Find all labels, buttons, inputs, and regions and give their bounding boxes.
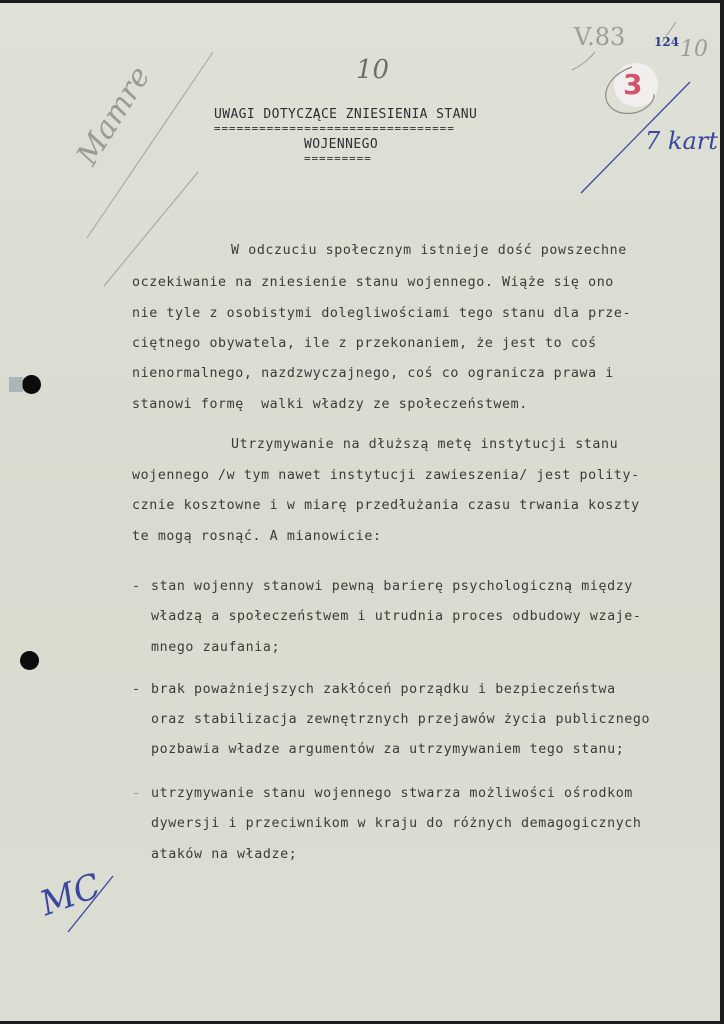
text-line: ciętnego obywatela, ile z przekonaniem, … [132, 336, 597, 351]
text-line: oczekiwanie na zniesienie stanu wojenneg… [132, 275, 614, 290]
bullet-marker: - [132, 579, 141, 594]
punch-hole-lower [20, 651, 39, 670]
text-line: ataków na władze; [151, 847, 297, 862]
document-title-line2: WOJENNEGO [304, 137, 378, 152]
stamp-number: 3 [623, 68, 642, 101]
text-line: brak poważniejszych zakłóceń porządku i … [151, 682, 616, 697]
text-line: cznie kosztowne i w miarę przedłużania c… [132, 498, 640, 513]
pencil-signature: Mamre [70, 60, 158, 171]
text-line: mnego zaufania; [151, 640, 280, 655]
document-title-line1: UWAGI DOTYCZĄCE ZNIESIENIA STANU [214, 107, 477, 122]
text-line: władzą a społeczeństwem i utrudnia proce… [151, 609, 642, 624]
blue-folio-number: 124 [654, 35, 679, 49]
blue-page-count-note: 7 kart [645, 127, 718, 155]
document-page: 10 UWAGI DOTYCZĄCE ZNIESIENIA STANU ====… [0, 3, 720, 1021]
red-stamp: 3 [614, 63, 658, 107]
title-underline-1: ================================ [214, 122, 455, 135]
bullet-marker: - [132, 786, 141, 801]
text-line: stan wojenny stanowi pewną barierę psych… [151, 579, 633, 594]
text-line: te mogą rosnąć. A mianowicie: [132, 529, 382, 544]
text-line: pozbawia władze argumentów za utrzymywan… [151, 742, 624, 757]
blue-initials: MC [35, 866, 106, 924]
text-line: W odczuciu społecznym istnieje dość pows… [231, 243, 627, 258]
handwritten-page-number: 10 [356, 55, 389, 85]
text-line: stanowi formę walki władzy ze społeczeńs… [132, 397, 528, 412]
pencil-archive-mark: V.83 [574, 23, 625, 51]
punch-hole-upper [22, 375, 41, 394]
pencil-folio-number: 10 [680, 37, 708, 62]
tape-mark [9, 377, 23, 392]
text-line: nie tyle z osobistymi dolegliwościami te… [132, 306, 631, 321]
text-line: oraz stabilizacja zewnętrznych przejawów… [151, 712, 650, 727]
text-line: nienormalnego, nazdzwyczajnego, coś co o… [132, 366, 614, 381]
bullet-marker: - [132, 682, 141, 697]
text-line: utrzymywanie stanu wojennego stwarza moż… [151, 786, 633, 801]
title-underline-2: ========= [304, 152, 372, 165]
text-line: Utrzymywanie na dłuższą metę instytucji … [231, 437, 618, 452]
text-line: dywersji i przeciwnikom w kraju do różny… [151, 816, 642, 831]
text-line: wojennego /w tym nawet instytucji zawies… [132, 468, 640, 483]
